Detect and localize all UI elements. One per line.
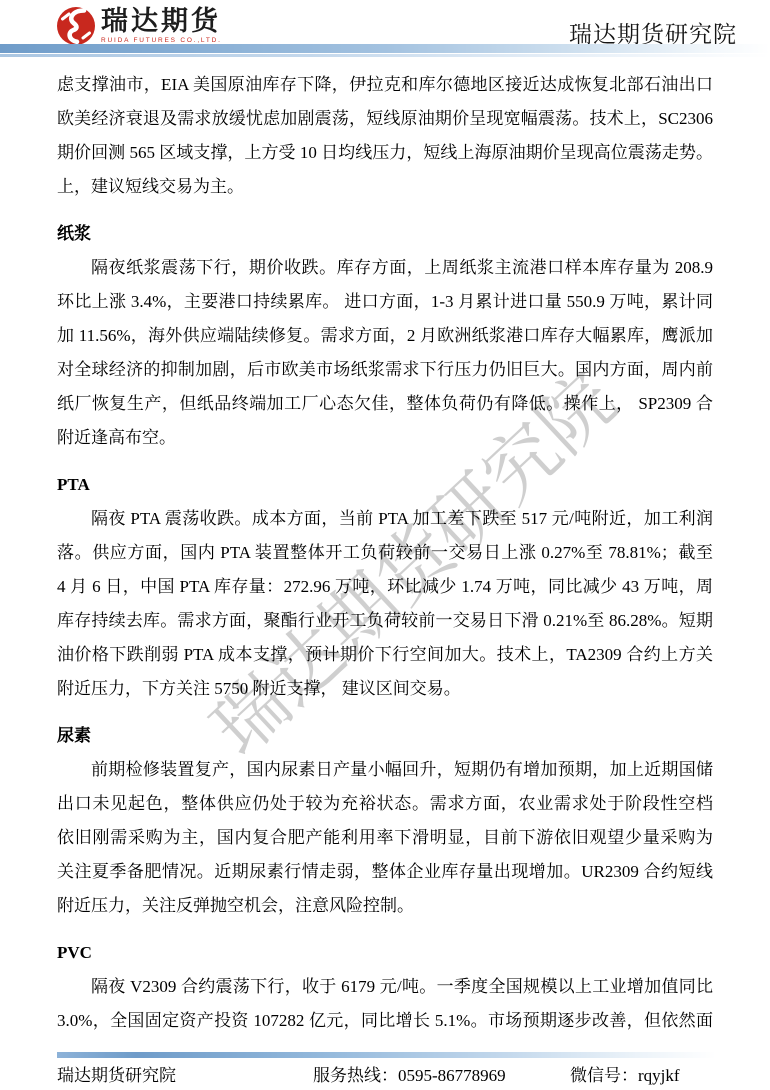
text-line: 出口未见起色，整体供应仍处于较为充裕状态。需求方面，农业需求处于阶段性空档期，工… [57,787,713,821]
text-line: 纸厂恢复生产，但纸品终端加工厂心态欠佳，整体负荷仍有降低。操作上， SP2309… [57,387,713,421]
text-line: 库存持续去库。需求方面，聚酯行业开工负荷较前一交易日下滑 0.21%至 86.2… [57,604,713,638]
text-line: 落。供应方面，国内 PTA 装置整体开工负荷较前一交易日上涨 0.27%至 78… [57,536,713,570]
text-line: 附近逢高布空。 [57,421,713,455]
report-body: 虑支撑油市，EIA 美国原油库存下降，伊拉克和库尔德地区接近达成恢复北部石油出口… [57,68,713,1038]
report-page: 瑞达期货 RUIDA FUTURES CO.,LTD. 瑞达期货研究院 瑞达期货… [0,0,770,1090]
text-line: 附近压力，关注反弹抛空机会，注意风险控制。 [57,889,713,923]
text-line: 隔夜纸浆震荡下行，期价收跌。库存方面，上周纸浆主流港口样本库存量为 208.9 … [57,251,713,285]
text-line: 环比上涨 3.4%，主要港口持续累库。 进口方面，1-3 月累计进口量 550.… [57,285,713,319]
page-footer: 瑞达期货研究院 服务热线：0595-86778969 微信号：rqyjkf [0,1061,770,1085]
text-line: 期价回测 565 区域支撑，上方受 10 日均线压力，短线上海原油期价呈现高位震… [57,136,713,170]
text-line: 欧美经济衰退及需求放缓忧虑加剧震荡，短线原油期价呈现宽幅震荡。技术上，SC230… [57,102,713,136]
footer-hotline: 服务热线：0595-86778969 [313,1061,506,1086]
text-line: 虑支撑油市，EIA 美国原油库存下降，伊拉克和库尔德地区接近达成恢复北部石油出口… [57,68,713,102]
text-line: 隔夜 V2309 合约震荡下行，收于 6179 元/吨。一季度全国规模以上工业增… [57,970,713,1004]
header-rule-secondary [0,54,770,57]
text-line: 加 11.56%，海外供应端陆续修复。需求方面，2 月欧洲纸浆港口库存大幅累库，… [57,319,713,353]
footer-rule [57,1052,716,1058]
text-line: 4 月 6 日，中国 PTA 库存量：272.96 万吨，环比减少 1.74 万… [57,570,713,604]
text-line: 附近压力，下方关注 5750 附近支撑， 建议区间交易。 [57,672,713,706]
text-line: 关注夏季备肥情况。近期尿素行情走弱，整体企业库存量出现增加。UR2309 合约短… [57,855,713,889]
logo-name-en: RUIDA FUTURES CO.,LTD. [101,37,222,44]
logo-name-cn: 瑞达期货 [101,6,221,36]
text-line: 隔夜 PTA 震荡收跌。成本方面，当前 PTA 加工差下跌至 517 元/吨附近… [57,502,713,536]
section-heading: 纸浆 [57,217,713,251]
text-line: 前期检修装置复产，国内尿素日产量小幅回升，短期仍有增加预期，加上近期国储出库和 [57,753,713,787]
text-line: 3.0%，全国固定资产投资 107282 亿元，同比增长 5.1%。市场预期逐步… [57,1004,713,1038]
section-heading: 尿素 [57,719,713,753]
logo-text: 瑞达期货 RUIDA FUTURES CO.,LTD. [101,6,222,44]
text-line: 依旧刚需采购为主，国内复合肥产能利用率下滑明显，目前下游依旧观望少量采购为主，短… [57,821,713,855]
footer-institute: 瑞达期货研究院 [57,1061,176,1086]
company-logo: 瑞达期货 RUIDA FUTURES CO.,LTD. [56,6,222,46]
text-line: 油价格下跌削弱 PTA 成本支撑，预计期价下行空间加大。技术上，TA2309 合… [57,638,713,672]
text-line: 对全球经济的抑制加剧，后市欧美市场纸浆需求下行压力仍旧巨大。国内方面，周内前期停… [57,353,713,387]
footer-wechat: 微信号：rqyjkf [570,1061,680,1086]
section-heading: PTA [57,468,713,502]
page-header: 瑞达期货 RUIDA FUTURES CO.,LTD. 瑞达期货研究院 [0,0,770,44]
header-rule-primary [0,44,770,53]
text-line: 上，建议短线交易为主。 [57,170,713,204]
ruida-swirl-icon [56,6,96,46]
section-heading: PVC [57,936,713,970]
